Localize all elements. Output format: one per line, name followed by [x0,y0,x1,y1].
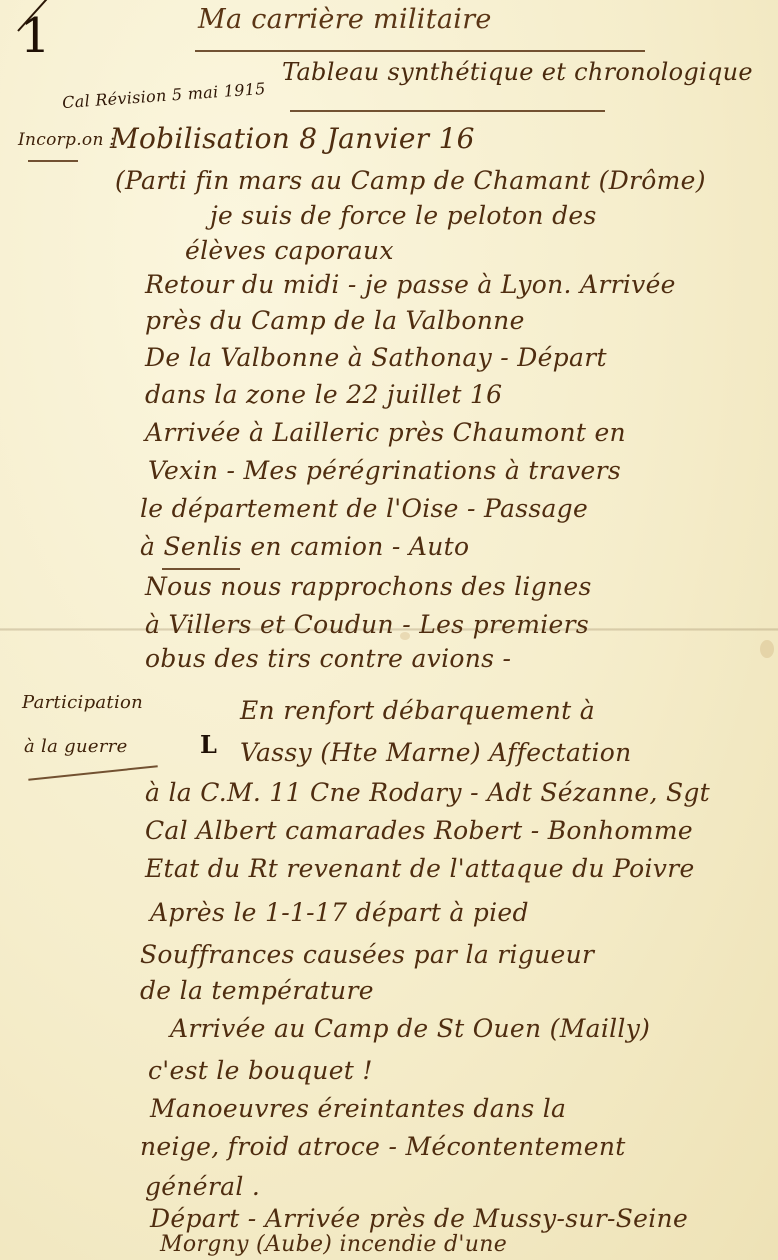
margin-underline [28,160,78,162]
manuscript-line: neige, froid atroce - Mécontentement [140,1132,626,1161]
manuscript-line: c'est le bouquet ! [148,1056,373,1085]
manuscript-line: à Senlis en camion - Auto [140,532,469,561]
manuscript-line: Retour du midi - je passe à Lyon. Arrivé… [145,270,676,299]
manuscript-line: (Parti fin mars au Camp de Chamant (Drôm… [115,166,706,195]
document-subtitle: Tableau synthétique et chronologique [282,58,753,86]
manuscript-line: dans la zone le 22 juillet 16 [145,380,502,409]
manuscript-line: De la Valbonne à Sathonay - Départ [145,343,607,372]
manuscript-line: Souffrances causées par la rigueur [140,940,594,969]
manuscript-line: Manoeuvres éreintantes dans la [150,1094,566,1123]
page-number: 1 [20,8,51,64]
manuscript-line: à la C.M. 11 Cne Rodary - Adt Sézanne, S… [145,778,710,807]
manuscript-line: de la température [140,976,374,1005]
manuscript-line: Mobilisation 8 Janvier 16 [110,122,475,155]
manuscript-line: Arrivée à Lailleric près Chaumont en [145,418,626,447]
margin-note-participation: Participation [22,692,143,713]
manuscript-line: général . [145,1172,260,1201]
manuscript-line: à Villers et Coudun - Les premiers [145,610,589,639]
manuscript-line: Après le 1-1-17 départ à pied [150,898,529,927]
manuscript-line: Morgny (Aube) incendie d'une [160,1232,507,1257]
senlis-underline [162,568,240,570]
manuscript-line: Arrivée au Camp de St Ouen (Mailly) [170,1014,650,1043]
margin-note-guerre: à la guerre [24,736,128,757]
title-underline [195,50,645,52]
manuscript-line: élèves caporaux [185,236,394,265]
margin-note-incorporation: Incorp.on : [18,130,115,150]
manuscript-line: Départ - Arrivée près de Mussy-sur-Seine [150,1204,688,1233]
document-title: Ma carrière militaire [198,4,492,35]
manuscript-line: Etat du Rt revenant de l'attaque du Poiv… [145,854,695,883]
manuscript-line: le département de l'Oise - Passage [140,494,588,523]
manuscript-line: Vassy (Hte Marne) Affectation [240,738,632,767]
manuscript-line: près du Camp de la Valbonne [145,306,525,335]
paper-stain [760,640,774,658]
bracket-mark: L [200,730,217,759]
manuscript-line: Cal Albert camarades Robert - Bonhomme [145,816,693,845]
manuscript-line: Vexin - Mes pérégrinations à travers [148,456,621,485]
manuscript-line: En renfort débarquement à [240,696,595,725]
manuscript-line: je suis de force le peloton des [210,201,597,230]
subtitle-underline [290,110,605,112]
manuscript-line: obus des tirs contre avions - [145,644,511,673]
manuscript-line: Nous nous rapprochons des lignes [145,572,592,601]
